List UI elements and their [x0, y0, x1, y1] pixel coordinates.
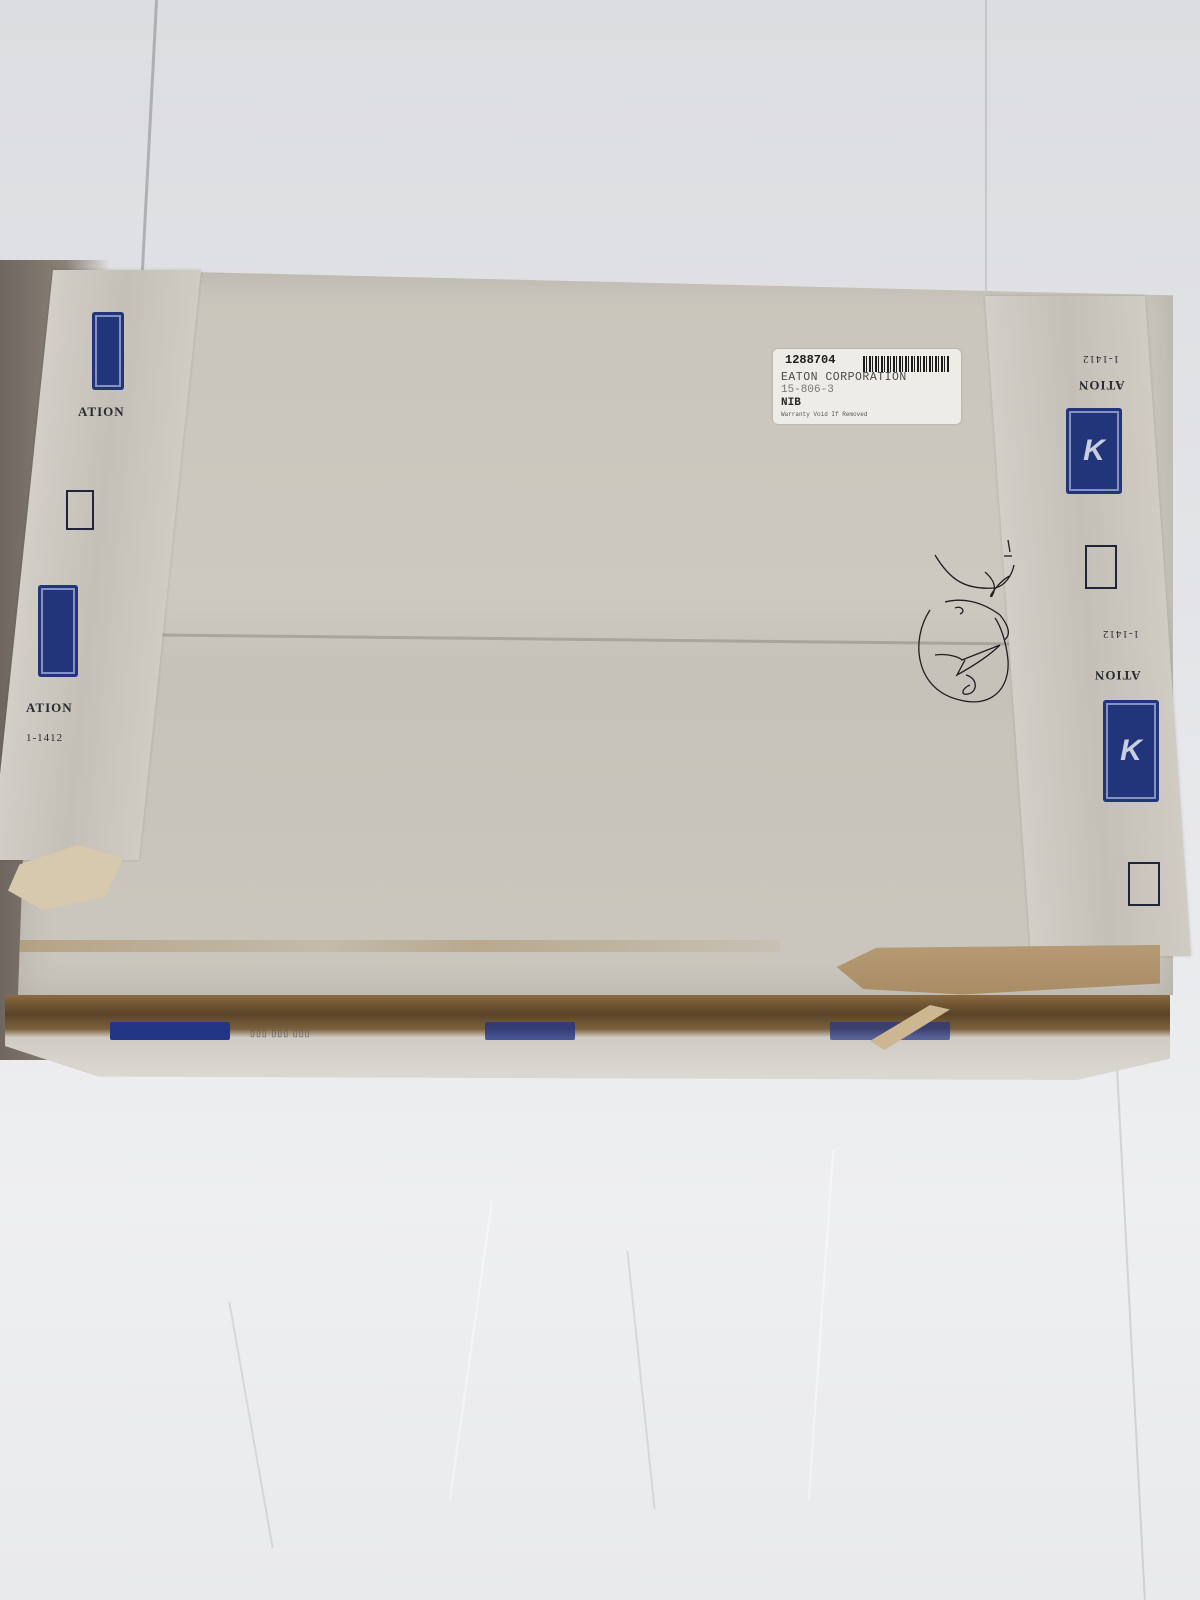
box-edge-stain — [20, 940, 780, 952]
product-label: 1288704 EATON CORPORATION 15-806-3 NIB W… — [773, 349, 961, 424]
tape-code-text: 1-1412 — [26, 732, 63, 744]
paper-crease — [626, 1251, 655, 1510]
barcode-icon — [863, 356, 949, 372]
paper-seam-right — [985, 0, 987, 300]
tape-logo-icon: K — [1103, 700, 1159, 802]
tape-brand-text: ATION — [78, 404, 125, 420]
tape-brand-text: ATION — [1078, 377, 1125, 393]
front-logo-icon — [110, 1022, 230, 1040]
paper-seam-bottom-right — [1116, 1070, 1146, 1599]
warranty-note: Warranty Void If Removed — [781, 411, 867, 418]
paper-crease — [808, 1150, 834, 1499]
tape-code-text: 1-1412 — [1082, 353, 1119, 365]
tape-letter-icon — [1085, 545, 1117, 589]
tape-brand-text: ATION — [1094, 667, 1141, 683]
tape-brand-text: ATION — [26, 700, 73, 716]
paper-seam-top — [141, 0, 158, 270]
condition-code: NIB — [781, 397, 801, 409]
model-number: 15-806-3 — [781, 384, 834, 396]
handwritten-note-icon — [900, 520, 1020, 710]
tape-logo-icon: K — [1066, 408, 1122, 494]
part-number: 1288704 — [785, 353, 835, 367]
tape-letter-icon — [66, 490, 94, 530]
company-name: EATON CORPORATION — [781, 371, 907, 384]
paper-crease — [449, 1201, 493, 1498]
paper-crease — [228, 1302, 273, 1549]
front-logo-icon — [485, 1022, 575, 1040]
tape-logo-icon — [92, 312, 124, 390]
tape-letter-icon — [1128, 862, 1160, 906]
front-print: ▯▯▯ ▯▯▯ ▯▯▯ — [250, 1028, 311, 1039]
tape-logo-icon — [38, 585, 78, 677]
tape-code-text: 1-1412 — [1102, 628, 1139, 640]
